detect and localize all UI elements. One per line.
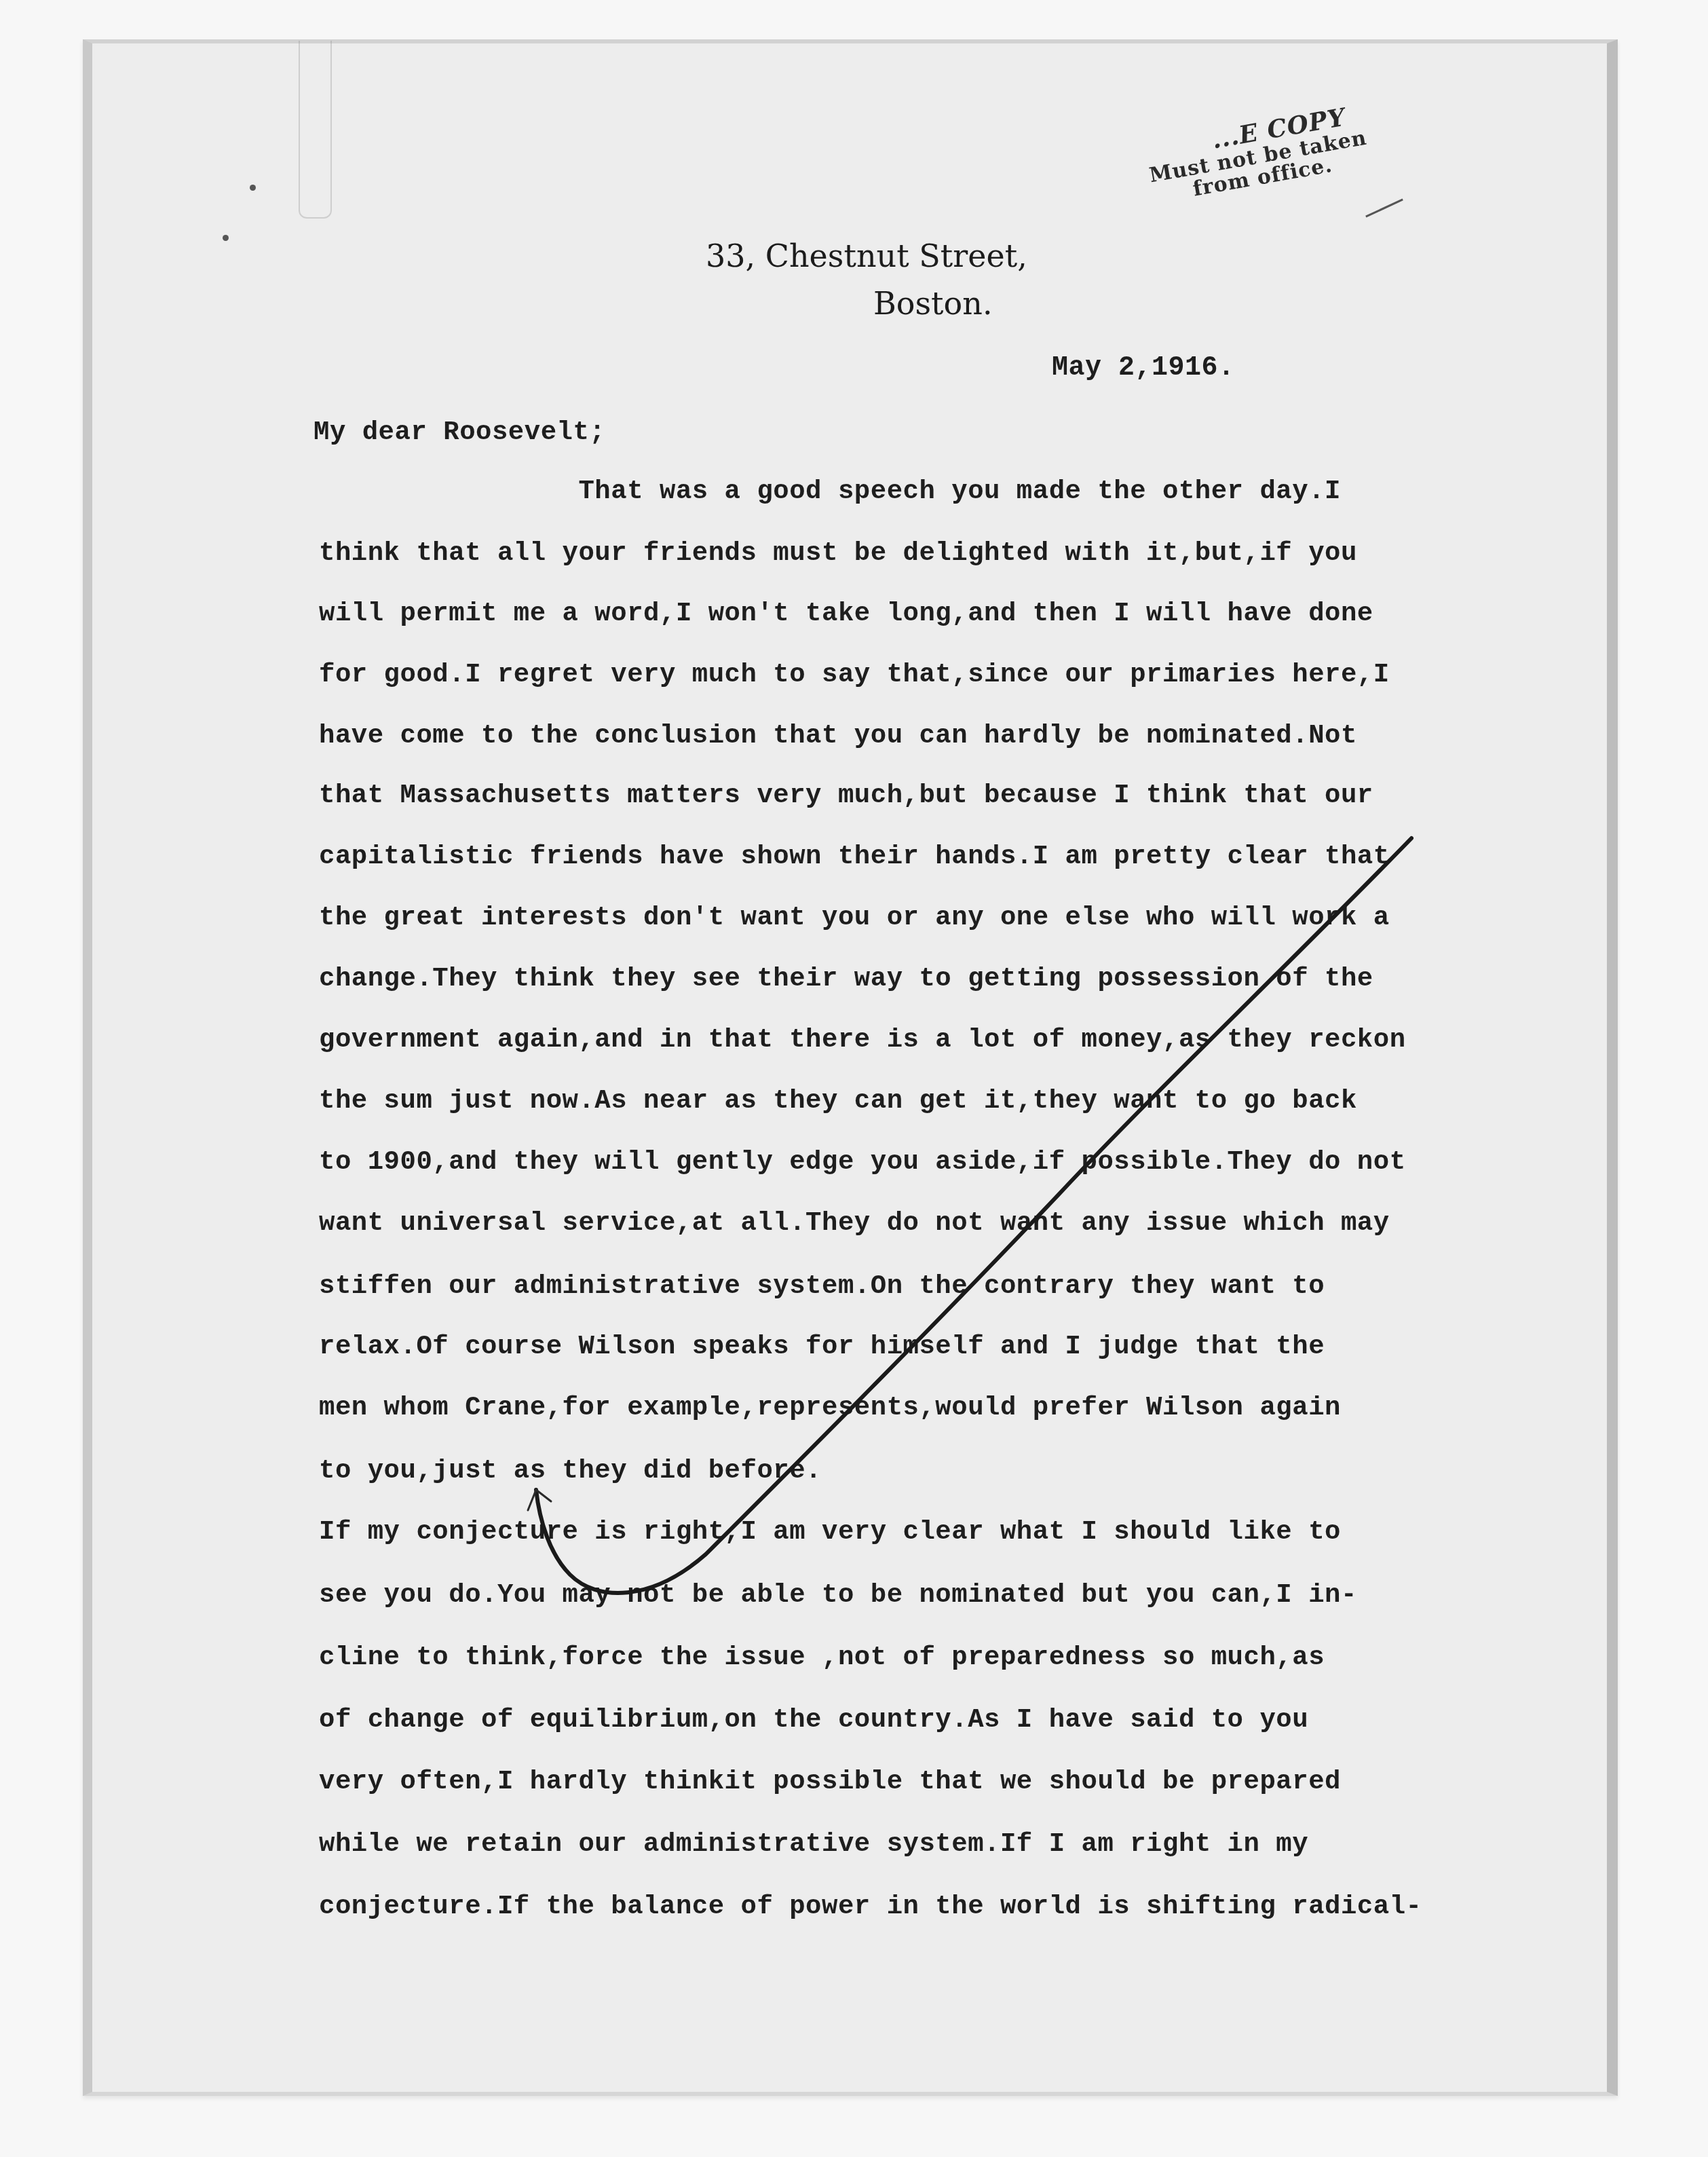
body-line: want universal service,at all.They do no… (319, 1208, 1390, 1238)
body-line: very often,I hardly thinkit possible tha… (319, 1767, 1341, 1797)
body-line: That was a good speech you made the othe… (319, 476, 1341, 506)
body-line: have come to the conclusion that you can… (319, 721, 1357, 751)
letterhead-street: 33, Chestnut Street, (706, 238, 1027, 274)
letter-date: May 2,1916. (1052, 353, 1235, 383)
paperclip-impression (299, 41, 332, 219)
salutation: My dear Roosevelt; (314, 417, 605, 447)
body-line: that Massachusetts matters very much,but… (319, 781, 1373, 810)
body-line: will permit me a word,I won't take long,… (319, 599, 1373, 629)
body-line: for good.I regret very much to say that,… (319, 660, 1390, 690)
body-line: stiffen our administrative system.On the… (319, 1271, 1325, 1301)
body-line: government again,and in that there is a … (319, 1025, 1406, 1055)
ink-dot (223, 235, 229, 241)
body-line: the sum just now.As near as they can get… (319, 1086, 1357, 1116)
body-line: while we retain our administrative syste… (319, 1829, 1308, 1859)
body-line: to you,just as they did before. (319, 1456, 822, 1486)
body-line: men whom Crane,for example,represents,wo… (319, 1393, 1341, 1423)
body-line: the great interests don't want you or an… (319, 903, 1390, 933)
ink-dot (250, 185, 256, 191)
body-line: conjecture.If the balance of power in th… (319, 1892, 1422, 1921)
body-line: think that all your friends must be deli… (319, 538, 1357, 568)
body-line: see you do.You may not be able to be nom… (319, 1580, 1357, 1610)
body-line: change.They think they see their way to … (319, 964, 1373, 994)
body-line: of change of equilibrium,on the country.… (319, 1705, 1308, 1735)
body-line: relax.Of course Wilson speaks for himsel… (319, 1332, 1325, 1362)
body-line: cline to think,force the issue ,not of p… (319, 1643, 1325, 1672)
body-line: capitalistic friends have shown their ha… (319, 842, 1390, 871)
letterhead-city: Boston. (873, 285, 993, 322)
body-line: to 1900,and they will gently edge you as… (319, 1147, 1406, 1177)
body-line: If my conjecture is right,I am very clea… (319, 1517, 1341, 1547)
